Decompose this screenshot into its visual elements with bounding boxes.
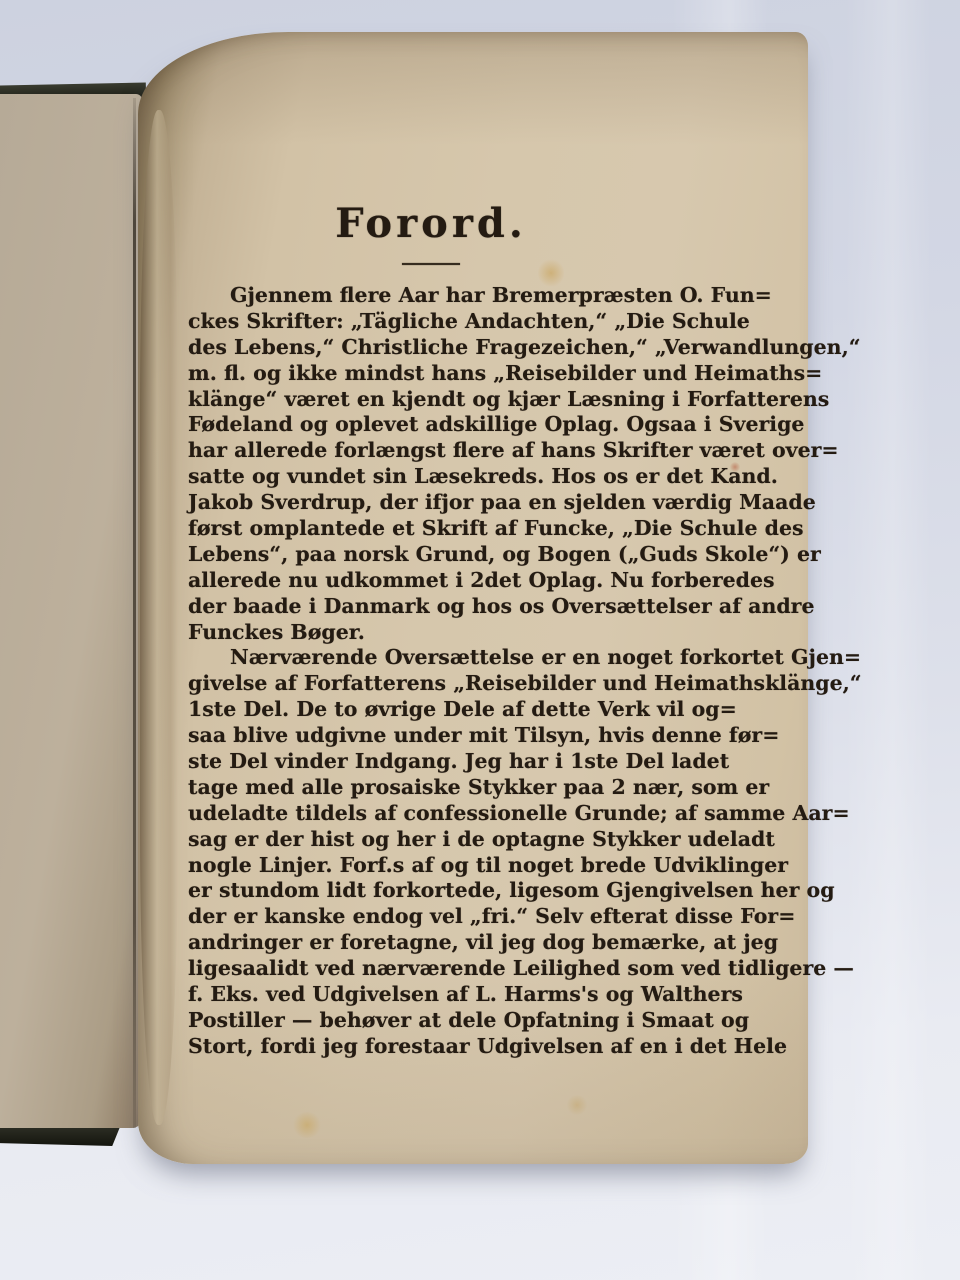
text-line: der er kanske endog vel „fri.“ Selv efte… bbox=[188, 904, 706, 930]
page-title: Forord. bbox=[172, 200, 690, 247]
text-line: har allerede forlængst flere af hans Skr… bbox=[188, 438, 706, 464]
text-line: først omplantede et Skrift af Funcke, „D… bbox=[188, 516, 706, 542]
text-line: ckes Skrifter: „Tägliche Andachten,“ „Di… bbox=[188, 309, 706, 335]
text-line: f. Eks. ved Udgivelsen af L. Harms's og … bbox=[188, 982, 706, 1008]
text-line: klänge“ været en kjendt og kjær Læsning … bbox=[188, 387, 706, 413]
text-line: Gjennem flere Aar har Bremerpræsten O. F… bbox=[188, 283, 706, 309]
title-divider-rule bbox=[402, 263, 460, 265]
text-line: Postiller — behøver at dele Opfatning i … bbox=[188, 1008, 706, 1034]
body-text: Gjennem flere Aar har Bremerpræsten O. F… bbox=[188, 283, 706, 1060]
text-line: des Lebens,“ Christliche Fragezeichen,“ … bbox=[188, 335, 706, 361]
text-line: givelse af Forfatterens „Reisebilder und… bbox=[188, 671, 706, 697]
text-line: Nærværende Oversættelse er en noget fork… bbox=[188, 645, 706, 671]
text-line: Funckes Bøger. bbox=[188, 620, 706, 646]
text-line: Fødeland og oplevet adskillige Oplag. Og… bbox=[188, 412, 706, 438]
text-line: der baade i Danmark og hos os Oversættel… bbox=[188, 594, 706, 620]
left-page bbox=[0, 94, 142, 1128]
text-line: tage med alle prosaiske Stykker paa 2 næ… bbox=[188, 775, 706, 801]
text-line: allerede nu udkommet i 2det Oplag. Nu fo… bbox=[188, 568, 706, 594]
page-text-block: Forord. Gjennem flere Aar har Bremerpræs… bbox=[188, 200, 706, 1060]
text-line: Stort, fordi jeg forestaar Udgivelsen af… bbox=[188, 1034, 706, 1060]
text-line: Jakob Sverdrup, der ifjor paa en sjelden… bbox=[188, 490, 706, 516]
text-line: er stundom lidt forkortede, ligesom Gjen… bbox=[188, 878, 706, 904]
text-line: ligesaalidt ved nærværende Leilighed som… bbox=[188, 956, 706, 982]
text-line: satte og vundet sin Læsekreds. Hos os er… bbox=[188, 464, 706, 490]
text-line: saa blive udgivne under mit Tilsyn, hvis… bbox=[188, 723, 706, 749]
right-page: Forord. Gjennem flere Aar har Bremerpræs… bbox=[138, 32, 808, 1164]
text-line: 1ste Del. De to øvrige Dele af dette Ver… bbox=[188, 697, 706, 723]
text-line: udeladte tildels af confessionelle Grund… bbox=[188, 801, 706, 827]
text-line: m. fl. og ikke mindst hans „Reisebilder … bbox=[188, 361, 706, 387]
book-gutter bbox=[133, 98, 136, 1128]
text-line: Lebens“, paa norsk Grund, og Bogen („Gud… bbox=[188, 542, 706, 568]
text-line: sag er der hist og her i de optagne Styk… bbox=[188, 827, 706, 853]
text-line: ste Del vinder Indgang. Jeg har i 1ste D… bbox=[188, 749, 706, 775]
text-line: nogle Linjer. Forf.s af og til noget bre… bbox=[188, 853, 706, 879]
text-line: andringer er foretagne, vil jeg dog bemæ… bbox=[188, 930, 706, 956]
